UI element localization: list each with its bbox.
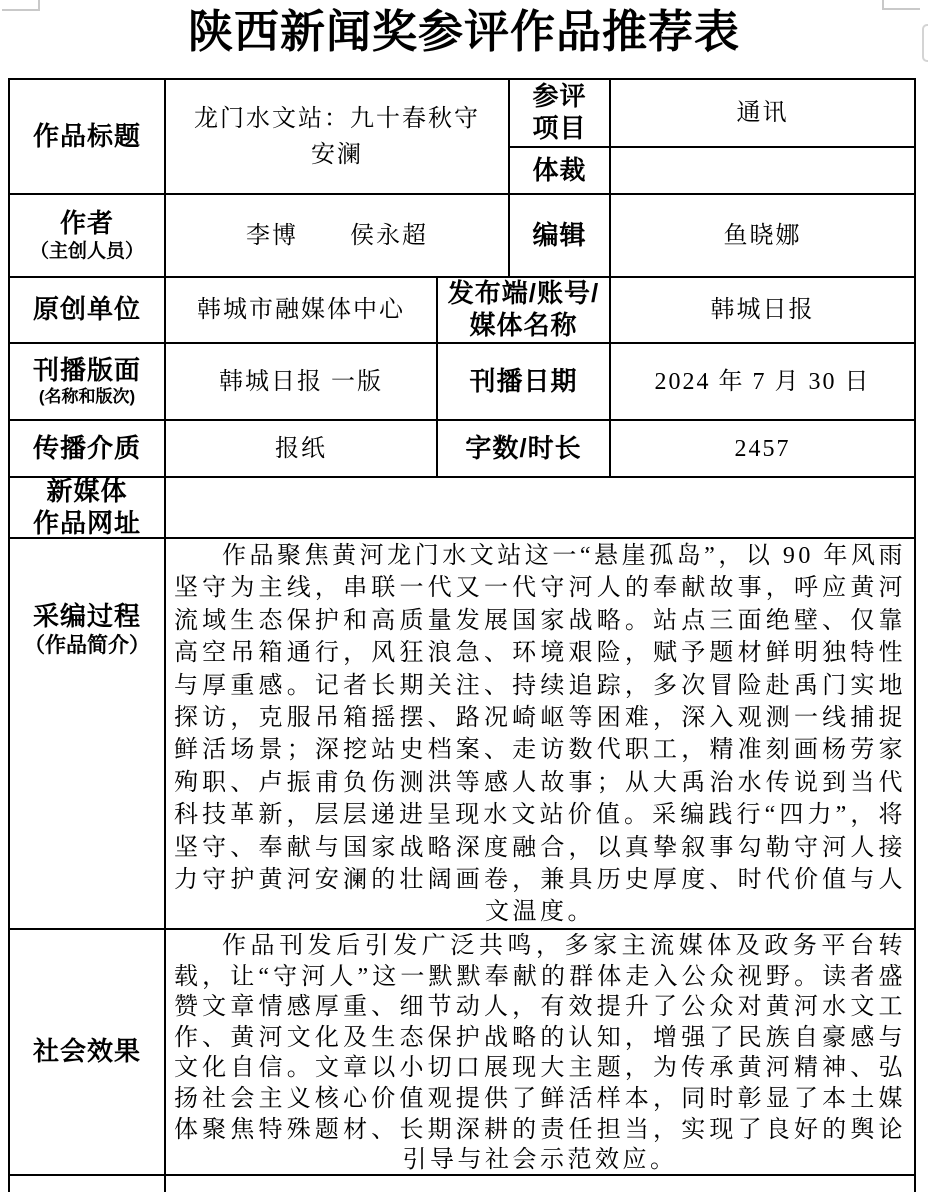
publish-date-label: 刊播日期: [438, 344, 611, 421]
author-label-main: 作者: [60, 208, 114, 240]
word-count-label: 字数/时长: [438, 421, 611, 478]
entry-item-subrow: 参评 项目 通讯: [510, 80, 914, 148]
publication-page-label-sub: (名称和版次): [39, 387, 135, 408]
new-media-url-label: 新媒体 作品网址: [10, 478, 166, 539]
partial-row-label-cell: [10, 1176, 166, 1192]
partial-row-value-cell: [166, 1176, 914, 1192]
table-row-author: 作者 （主创人员） 李博 侯永超 编辑 鱼晓娜: [10, 195, 914, 278]
genre-label: 体裁: [510, 148, 611, 195]
recommendation-form-page: 陕西新闻奖参评作品推荐表 作品标题 龙门水文站：九十春秋守安澜 参评 项目 通讯…: [0, 0, 928, 1192]
social-effect-cell: 作品刊发后引发广泛共鸣，多家主流媒体及政务平台转载，让“守河人”这一默默奉献的群…: [166, 930, 914, 1176]
recommendation-table: 作品标题 龙门水文站：九十春秋守安澜 参评 项目 通讯 体裁 作者: [8, 78, 916, 1192]
editor-label: 编辑: [510, 195, 611, 278]
table-row-editing-process: 采编过程 （作品简介） 作品聚焦黄河龙门水文站这一“悬崖孤岛”，以 90 年风雨…: [10, 539, 914, 930]
work-title-value: 龙门水文站：九十春秋守安澜: [166, 80, 510, 195]
editing-process-label: 采编过程 （作品简介）: [10, 539, 166, 930]
publish-platform-label: 发布端/账号/ 媒体名称: [438, 278, 611, 344]
entry-item-label: 参评 项目: [510, 80, 611, 148]
table-row-original-unit: 原创单位 韩城市融媒体中心 发布端/账号/ 媒体名称 韩城日报: [10, 278, 914, 344]
publication-page-value: 韩城日报 一版: [166, 344, 438, 421]
new-media-url-label-line2: 作品网址: [33, 508, 141, 540]
original-unit-value: 韩城市融媒体中心: [166, 278, 438, 344]
table-row-partial: [10, 1176, 914, 1192]
editing-process-label-main: 采编过程: [33, 601, 141, 633]
author-value: 李博 侯永超: [166, 195, 510, 278]
publication-page-label-main: 刊播版面: [33, 355, 141, 387]
form-title: 陕西新闻奖参评作品推荐表: [0, 2, 928, 62]
publish-platform-value: 韩城日报: [611, 278, 914, 344]
table-row-publication-page: 刊播版面 (名称和版次) 韩城日报 一版 刊播日期 2024 年 7 月 30 …: [10, 344, 914, 421]
new-media-url-label-line1: 新媒体: [46, 478, 127, 508]
entry-item-label-line1: 参评: [532, 81, 586, 113]
genre-value: [611, 148, 914, 195]
entry-item-value: 通讯: [611, 80, 914, 148]
word-count-value: 2457: [611, 421, 914, 478]
social-effect-text: 作品刊发后引发广泛共鸣，多家主流媒体及政务平台转载，让“守河人”这一默默奉献的群…: [174, 931, 906, 1176]
table-row-work-title: 作品标题 龙门水文站：九十春秋守安澜 参评 项目 通讯 体裁: [10, 80, 914, 195]
publish-date-value: 2024 年 7 月 30 日: [611, 344, 914, 421]
new-media-url-value: [166, 478, 914, 539]
publish-platform-label-line2: 媒体名称: [469, 310, 577, 342]
publication-page-label: 刊播版面 (名称和版次): [10, 344, 166, 421]
editor-value: 鱼晓娜: [611, 195, 914, 278]
publish-platform-label-line1: 发布端/账号/: [448, 278, 599, 310]
editing-process-cell: 作品聚焦黄河龙门水文站这一“悬崖孤岛”，以 90 年风雨坚守为主线，串联一代又一…: [166, 539, 914, 930]
genre-subrow: 体裁: [510, 148, 914, 195]
table-row-social-effect: 社会效果 作品刊发后引发广泛共鸣，多家主流媒体及政务平台转载，让“守河人”这一默…: [10, 930, 914, 1176]
entry-item-label-line2: 项目: [532, 113, 586, 145]
entry-genre-split: 参评 项目 通讯 体裁: [510, 80, 914, 195]
editing-process-label-sub: （作品简介）: [24, 633, 150, 659]
work-title-label: 作品标题: [10, 80, 166, 195]
original-unit-label: 原创单位: [10, 278, 166, 344]
medium-label: 传播介质: [10, 421, 166, 478]
medium-value: 报纸: [166, 421, 438, 478]
author-label-sub: （主创人员）: [30, 240, 144, 263]
social-effect-label: 社会效果: [10, 930, 166, 1176]
author-label: 作者 （主创人员）: [10, 195, 166, 278]
table-row-medium: 传播介质 报纸 字数/时长 2457: [10, 421, 914, 478]
editing-process-text: 作品聚焦黄河龙门水文站这一“悬崖孤岛”，以 90 年风雨坚守为主线，串联一代又一…: [174, 540, 906, 929]
table-row-new-media-url: 新媒体 作品网址: [10, 478, 914, 539]
